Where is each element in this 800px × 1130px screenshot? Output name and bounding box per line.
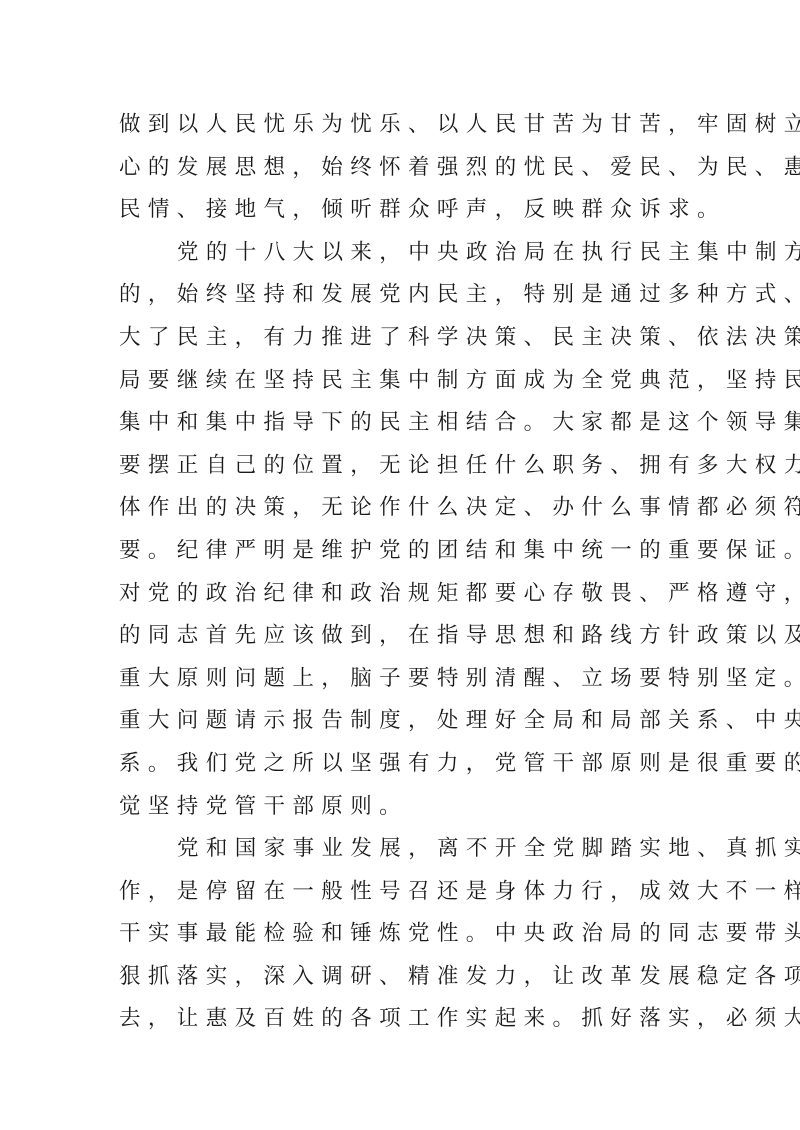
text-line: 重大问题请示报告制度，处理好全局和局部关系、中央和地方关 [119, 700, 689, 743]
text-line: 集中和集中指导下的民主相结合。大家都是这个领导集体的一员， [119, 402, 689, 445]
paragraph: 做到以人民忧乐为忧乐、以人民甘苦为甘苦，牢固树立以人民为中 心的发展思想，始终怀… [119, 104, 689, 232]
text-line: 要。纪律严明是维护党的团结和集中统一的重要保证。每一个党员 [119, 530, 689, 573]
document-body: 做到以人民忧乐为忧乐、以人民甘苦为甘苦，牢固树立以人民为中 心的发展思想，始终怀… [119, 104, 689, 1041]
paragraph: 党的十八大以来，中央政治局在执行民主集中制方面是做得好 的，始终坚持和发展党内民… [119, 232, 689, 828]
text-line: 党的十八大以来，中央政治局在执行民主集中制方面是做得好 [119, 232, 689, 275]
text-line: 体作出的决策，无论作什么决定、办什么事情都必须符合大局需 [119, 487, 689, 530]
text-line: 对党的政治纪律和政治规矩都要心存敬畏、严格遵守，中央政治局 [119, 573, 689, 616]
text-line: 觉坚持党管干部原则。 [119, 786, 689, 829]
text-line: 大了民主，有力推进了科学决策、民主决策、依法决策。中央政治 [119, 317, 689, 360]
text-line: 去，让惠及百姓的各项工作实起来。抓好落实，必须大兴调查研究 [119, 998, 689, 1041]
text-line: 做到以人民忧乐为忧乐、以人民甘苦为甘苦，牢固树立以人民为中 [119, 104, 689, 147]
text-line: 要摆正自己的位置，无论担任什么职务、拥有多大权力都要执行集 [119, 445, 689, 488]
text-line: 作，是停留在一般性号召还是身体力行，成效大不一样。讲实话、 [119, 871, 689, 914]
text-line: 狠抓落实，深入调研、精准发力，让改革发展稳定各项任务落下 [119, 956, 689, 999]
text-line: 心的发展思想，始终怀着强烈的忧民、爱民、为民、惠民之心，察 [119, 147, 689, 190]
text-line: 民情、接地气，倾听群众呼声，反映群众诉求。 [119, 189, 689, 232]
text-line: 系。我们党之所以坚强有力，党管干部原则是很重要的原因，要自 [119, 743, 689, 786]
text-line: 的，始终坚持和发展党内民主，特别是通过多种方式、多种渠道扩 [119, 274, 689, 317]
text-line: 的同志首先应该做到，在指导思想和路线方针政策以及关系全局的 [119, 615, 689, 658]
text-line: 重大原则问题上，脑子要特别清醒、立场要特别坚定。要严格执行 [119, 658, 689, 701]
text-line: 党和国家事业发展，离不开全党脚踏实地、真抓实干。抓工 [119, 828, 689, 871]
paragraph: 党和国家事业发展，离不开全党脚踏实地、真抓实干。抓工 作，是停留在一般性号召还是… [119, 828, 689, 1041]
text-line: 局要继续在坚持民主集中制方面成为全党典范，坚持民主基础上的 [119, 360, 689, 403]
text-line: 干实事最能检验和锤炼党性。中央政治局的同志要带头崇尚实干、 [119, 913, 689, 956]
document-page: 做到以人民忧乐为忧乐、以人民甘苦为甘苦，牢固树立以人民为中 心的发展思想，始终怀… [0, 0, 800, 1130]
